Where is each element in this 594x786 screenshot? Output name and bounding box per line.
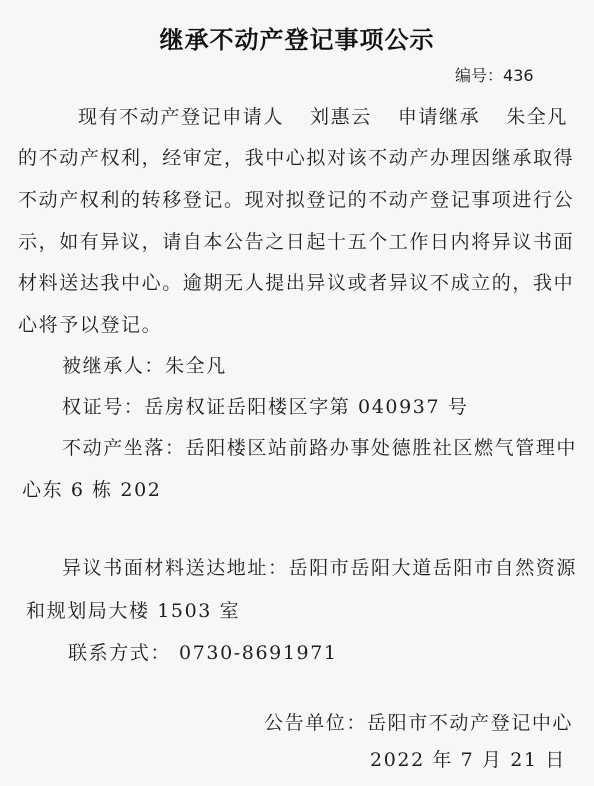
contact-field: 联系方式：0730-8691971 <box>68 638 338 665</box>
location-field: 不动产坐落：岳阳楼区站前路办事处德胜社区燃气管理中 <box>62 433 577 460</box>
certificate-field: 权证号：岳房权证岳阳楼区字第 040937 号 <box>62 392 468 419</box>
location-label: 不动产坐落： <box>62 437 186 459</box>
issuer-label: 公告单位： <box>264 712 367 734</box>
certificate-value: 岳房权证岳阳楼区字第 040937 号 <box>144 396 468 418</box>
intro-line: 现有不动产登记申请人刘惠云申请继承朱全凡 <box>78 102 568 129</box>
issuer-field: 公告单位：岳阳市不动产登记中心 <box>264 708 573 735</box>
body-line: 不动产权利的转移登记。现对拟登记的不动产登记事项进行公 <box>18 185 574 212</box>
objection-address-label: 异议书面材料送达地址： <box>62 557 289 579</box>
applicant-name: 刘惠云 <box>310 106 372 128</box>
document-number-label: 编号： <box>455 66 503 85</box>
intro-action: 申请继承 <box>398 106 480 128</box>
objection-address-value-line1: 岳阳市岳阳大道岳阳市自然资源 <box>289 557 577 579</box>
body-line: 心将予以登记。 <box>18 310 162 337</box>
location-value-line1: 岳阳楼区站前路办事处德胜社区燃气管理中 <box>186 437 577 459</box>
decedent-name: 朱全凡 <box>506 106 568 128</box>
decedent-label: 被继承人： <box>62 355 165 377</box>
body-line: 的不动产权利，经审定，我中心拟对该不动产办理因继承取得 <box>18 143 574 170</box>
document-number: 编号：436 <box>455 63 534 86</box>
location-value-line2: 心东 6 栋 202 <box>22 475 161 502</box>
objection-address-value-line2: 和规划局大楼 1503 室 <box>26 596 240 623</box>
contact-label: 联系方式： <box>68 642 171 664</box>
issuer-value: 岳阳市不动产登记中心 <box>367 712 573 734</box>
document-title: 继承不动产登记事项公示 <box>0 20 594 55</box>
notice-document: 继承不动产登记事项公示 编号：436 现有不动产登记申请人刘惠云申请继承朱全凡 … <box>0 0 594 786</box>
decedent-value: 朱全凡 <box>165 355 227 377</box>
body-line: 材料送达我中心。逾期无人提出异议或者异议不成立的，我中 <box>18 268 574 295</box>
decedent-field: 被继承人：朱全凡 <box>62 351 227 378</box>
certificate-label: 权证号： <box>62 396 144 418</box>
body-line: 示，如有异议，请自本公告之日起十五个工作日内将异议书面 <box>18 227 574 254</box>
contact-value: 0730-8691971 <box>179 642 338 664</box>
objection-address-field: 异议书面材料送达地址：岳阳市岳阳大道岳阳市自然资源 <box>62 553 577 580</box>
notice-date: 2022 年 7 月 21 日 <box>370 745 566 772</box>
intro-prefix: 现有不动产登记申请人 <box>78 106 284 128</box>
document-number-value: 436 <box>503 66 534 85</box>
